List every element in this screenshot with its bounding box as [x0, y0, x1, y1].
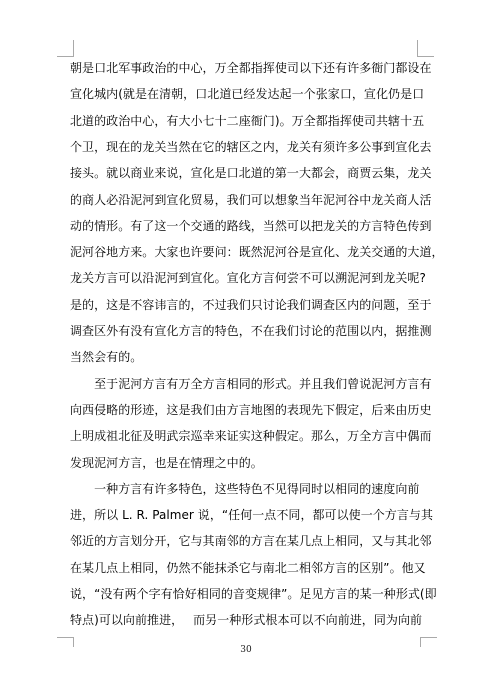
text-line-5: 接头。就以商业来说，宣化是口北道的第一大都会，商贾云集，龙关 [70, 162, 432, 188]
text-line-11: 调查区外有没有宣化方言的特色，不在我们讨论的范围以内，据推测 [70, 320, 432, 346]
margin-crop-mark-top-right [417, 40, 434, 57]
margin-crop-mark-top-left [57, 40, 74, 57]
document-page: 朝是口北军事政治的中心，万全都指挥使司以下还有许多衙门都设在宣化城内(就是在清朝… [0, 0, 492, 699]
text-line-7: 动的情形。有了这一个交通的路线，当然可以把龙关的方言特色传到 [70, 215, 432, 241]
text-line-20: 在某几点上相同，仍然不能抹杀它与南北二相邻方言的区别”。他又 [70, 557, 426, 583]
text-line-22: 特点)可以向前推进， 而另一种形式根本可以不向前进，同为向前 [70, 609, 422, 635]
text-line-14: 向西侵略的形迹，这是我们由方言地图的表现先下假定，后来由历史 [70, 399, 432, 425]
text-line-4: 个卫，现在的龙关当然在它的辖区之内，龙关有须许多公事到宣化去 [70, 136, 432, 162]
text-line-8: 泥河谷地方来。大家也许要问：既然泥河谷是宣化、龙关交通的大道， [70, 241, 444, 267]
text-line-17: 一种方言有许多特色，这些特色不见得同时以相同的速度向前 [70, 478, 419, 504]
text-line-13: 至于泥河方言有万全方言相同的形式。并且我们曾说泥河方言有 [70, 373, 432, 399]
page-number: 30 [0, 645, 492, 655]
text-line-2: 宣化城内(就是在清朝，口北道已经发达起一个张家口，宣化仍是口 [70, 83, 424, 109]
text-line-3: 北道的政治中心，有大小七十二座衙门)。万全都指挥使司共辖十五 [70, 110, 424, 136]
text-line-6: 的商人必沿泥河到宣化贸易，我们可以想象当年泥河谷中龙关商人活 [70, 189, 432, 215]
text-line-15: 上明成祖北征及明武宗巡幸来证实这种假定。那么，万全方言中偶而 [70, 425, 432, 451]
text-line-19: 邻近的方言划分开，它与其南邻的方言在某几点上相同，又与其北邻 [70, 530, 432, 556]
text-line-21: 说，“没有两个字有恰好相同的音变规律”。足见方言的某一种形式(即 [70, 583, 437, 609]
text-line-16: 发现泥河方言，也是在情理之中的。 [70, 452, 263, 478]
text-line-18: 进，所以 L. R. Palmer 说，“任何一点不同，都可以使一个方言与其 [70, 504, 433, 530]
text-line-9: 龙关方言可以沿泥河到宣化。宣化方言何尝不可以溯泥河到龙关呢? [70, 267, 426, 293]
text-line-10: 是的，这是不容讳言的，不过我们只讨论我们调查区内的问题，至于 [70, 294, 432, 320]
text-line-12: 当然会有的。 [70, 346, 142, 372]
text-line-1: 朝是口北军事政治的中心，万全都指挥使司以下还有许多衙门都设在 [70, 57, 432, 83]
